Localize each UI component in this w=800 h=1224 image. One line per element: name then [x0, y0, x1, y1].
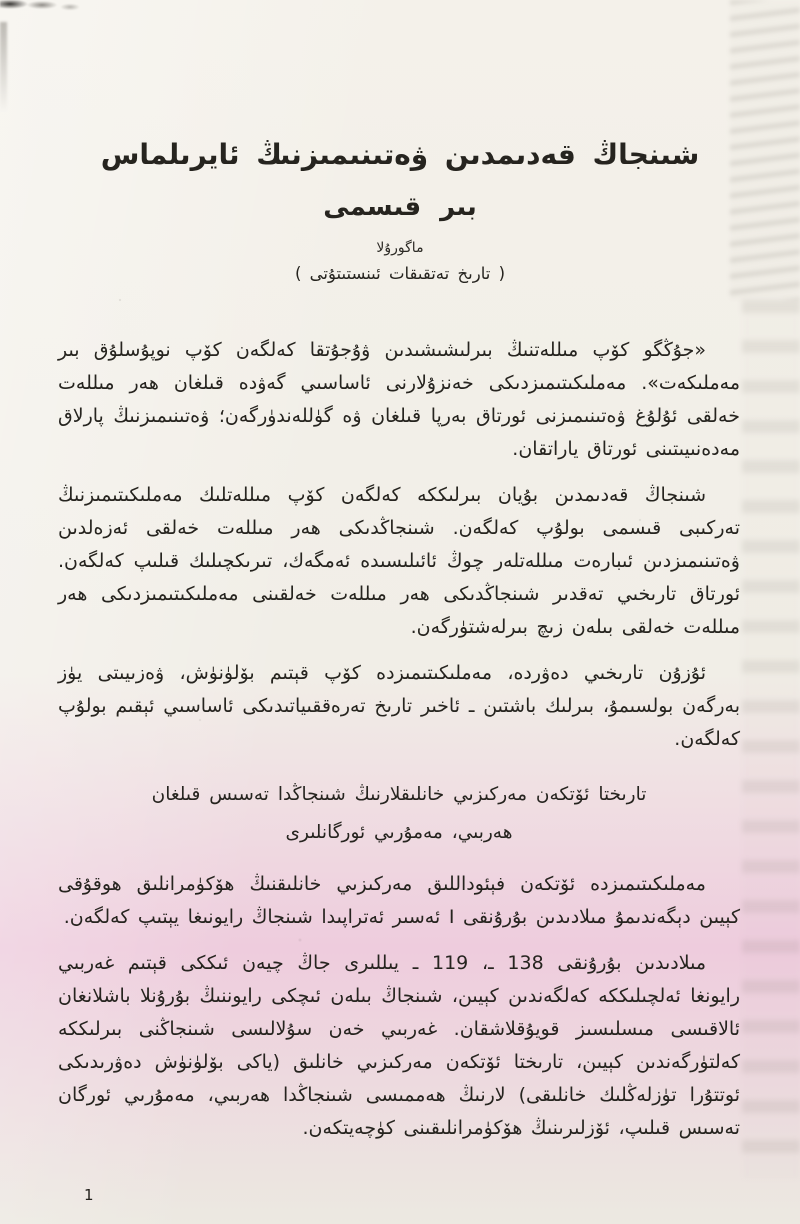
- masthead: شىنجاڭ قەدىمدىن ۋەتىنىمىزنىڭ ئايرىلماس ب…: [60, 138, 740, 283]
- section-heading: تارىختا ئۆتكەن مەركىزىي خانلىقلارنىڭ شىن…: [58, 776, 740, 852]
- intro-paragraph-3: ئۇزۇن تارىخىي دەۋردە، مەملىكىتىمىزدە كۆپ…: [58, 657, 740, 756]
- body-text-block: «جۇڭگو كۆپ مىللەتنىڭ بىرلىشىشىدىن ۋۇجۇتق…: [58, 334, 740, 1158]
- document-title-line1: شىنجاڭ قەدىمدىن ۋەتىنىمىزنىڭ ئايرىلماس: [60, 138, 740, 172]
- intro-paragraph-2: شىنجاڭ قەدىمدىن بۇيان بىرلىككە كەلگەن كۆ…: [58, 479, 740, 644]
- intro-paragraph-1: «جۇڭگو كۆپ مىللەتنىڭ بىرلىشىشىدىن ۋۇجۇتق…: [58, 334, 740, 466]
- ink-bleedthrough-top-right: [730, 0, 800, 300]
- author-name: ماگورۇلا: [60, 240, 740, 256]
- ink-bleedthrough-right-margin: [742, 300, 800, 1180]
- scanned-document-page: شىنجاڭ قەدىمدىن ۋەتىنىمىزنىڭ ئايرىلماس ب…: [0, 0, 800, 1224]
- section-heading-line1: تارىختا ئۆتكەن مەركىزىي خانلىقلارنىڭ شىن…: [58, 776, 740, 814]
- author-affiliation: ( تارىخ تەتقىقات ئىنستىتۇتى ): [60, 264, 740, 283]
- body-paragraph-2: مىلادىدىن بۇرۇنقى 138 ـ، 119 ـ يىللىرى ج…: [58, 947, 740, 1145]
- section-heading-line2: ھەربىي، مەمۇرىي ئورگانلىرى: [58, 814, 740, 852]
- scan-mark-left-edge: [0, 22, 7, 112]
- scan-smudge-top-left: [0, 0, 90, 20]
- body-paragraph-1: مەملىكىتىمىزدە ئۆتكەن فېئوداللىق مەركىزى…: [58, 868, 740, 934]
- document-title-line2: بىر قىسمى: [60, 192, 740, 222]
- page-number: 1: [84, 1186, 94, 1204]
